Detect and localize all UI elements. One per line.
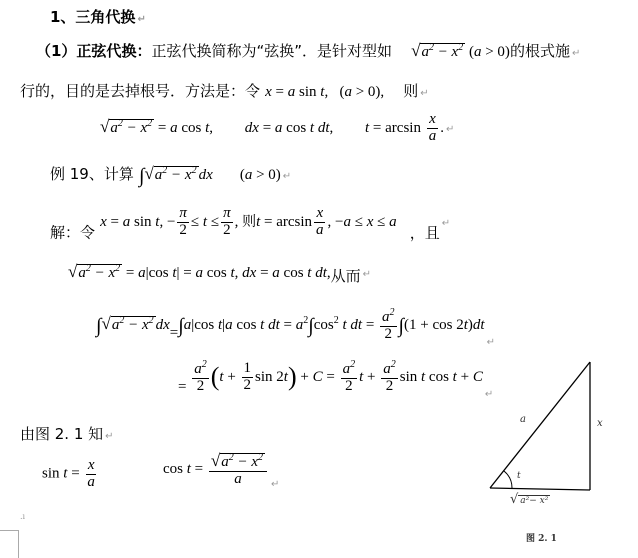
paragraph-mark: ↵: [137, 14, 145, 25]
integral-result: = a22(t + 12sin 2t) + C = a22t + a22sin …: [178, 369, 483, 385]
conclusion-label: 由图 2. 1 知: [20, 425, 103, 443]
solution-line-3: ∫√a2 − x2dx=∫a|cos t|a cos t dt = a2∫cos…: [96, 308, 495, 348]
solution-line-1: 解：令 x = a sin t, −π2≤ t ≤π2, 则t = arcsin…: [50, 206, 450, 243]
intro-line-1: （1）正弦代换：正弦代换简称为“弦换”．是针对型如 √a2 − x2 (a > …: [36, 40, 580, 61]
solution-substitution: x = a sin t, −π2≤ t ≤π2, 则t = arcsinxa, …: [100, 214, 397, 230]
paragraph-mark: ↵: [363, 269, 371, 280]
paragraph-mark: ↵: [105, 431, 113, 442]
example-condition: (a > 0): [240, 167, 281, 183]
solution-line-4: = a22(t + 12sin 2t) + C = a22t + a22sin …: [178, 360, 493, 400]
angle-label: t: [517, 471, 521, 481]
cos-formula: cos t = √a2 − x2a↵: [163, 452, 279, 490]
section-heading: 1、三角代换↵: [50, 6, 146, 27]
paragraph-mark: ↵: [572, 48, 580, 59]
conclusion-line: 由图 2. 1 知↵: [20, 423, 114, 444]
example-line: 例 19、计算 ∫√a2 − x2dx (a > 0)↵: [50, 163, 291, 188]
paragraph-mark: ↵: [442, 218, 450, 229]
right-triangle-diagram: [470, 340, 638, 558]
formula-line: √a2 − x2 = a cos t, dx = a cos t dt, t =…: [100, 112, 454, 145]
hypotenuse-label: a: [520, 414, 526, 425]
formula-sqrt-cos: √a2 − x2 = a cos t,: [100, 120, 213, 136]
substitution-expr: x = a sin t, (a > 0),: [265, 84, 384, 100]
subheading-label: （1）正弦代换：: [36, 42, 151, 60]
intro-line2-end: 则: [403, 82, 418, 100]
opposite-label: x: [597, 418, 603, 429]
adjacent-label: √a²− x²: [510, 492, 550, 507]
integral-chain: ∫√a2 − x2dx=∫a|cos t|a cos t dt = a2∫cos…: [96, 317, 485, 333]
sqrt-a2-x2: √a2 − x2: [411, 41, 465, 61]
sin-formula: sin t = xa: [42, 458, 99, 491]
paragraph-mark: ↵: [271, 479, 279, 490]
intro-radical-expr: √a2 − x2 (a > 0): [411, 44, 510, 60]
figure-caption: 图 2. 1: [526, 531, 557, 544]
intro-line2-text: 行的，目的是去掉根号．方法是：令: [20, 82, 260, 100]
intro-line-2: 行的，目的是去掉根号．方法是：令 x = a sin t, (a > 0), 则…: [20, 80, 429, 101]
solution-abs-cos: √a2 − x2 = a|cos t| = a cos t, dx = a co…: [68, 265, 331, 281]
formula-arcsin: t = arcsin xa.: [365, 120, 444, 136]
stray-mark: .ı: [20, 512, 25, 521]
intro-text-2: 的根式施: [510, 42, 570, 60]
figure-2-1: a x t √a²− x² 图 2. 1: [470, 340, 638, 558]
solution-label: 解：令: [50, 224, 95, 242]
example-label: 例 19、计算: [50, 165, 134, 183]
paragraph-mark: ↵: [446, 124, 454, 135]
section-heading-text: 1、三角代换: [50, 8, 135, 26]
solution-line-2: √a2 − x2 = a|cos t| = a cos t, dx = a co…: [68, 262, 371, 286]
page-corner-mark: [0, 530, 19, 558]
formula-dx: dx = a cos t dt,: [245, 120, 333, 136]
intro-text-1: 正弦代换简称为“弦换”．是针对型如: [151, 42, 392, 60]
example-integral: ∫√a2 − x2dx: [139, 167, 213, 183]
solution-and: ，且: [410, 224, 440, 242]
paragraph-mark: ↵: [283, 171, 291, 182]
solution-line2-end: 从而: [331, 267, 361, 285]
paragraph-mark: ↵: [420, 88, 428, 99]
